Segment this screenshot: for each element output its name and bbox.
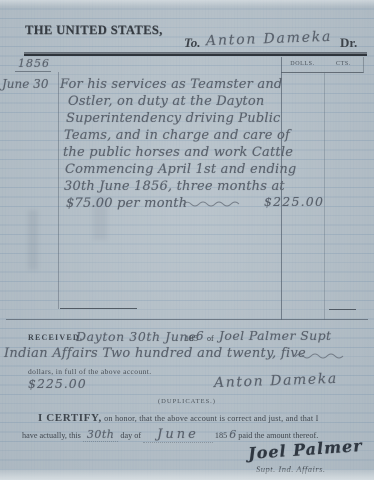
united-states-title: THE UNITED STATES, [25, 23, 163, 38]
ink-squiggle [182, 199, 244, 209]
ink-smudge [93, 196, 107, 240]
document-scan: THE UNITED STATES, To. Anton Dameka Dr. … [0, 0, 374, 480]
received-place-date-handwritten: Dayton 30th June [76, 329, 196, 344]
dr-label: Dr. [340, 35, 357, 51]
certify-month-handwritten: June [143, 427, 213, 443]
received-payer-handwritten: Joel Palmer Supt [219, 328, 331, 343]
certify-day-handwritten: 30th [83, 428, 119, 442]
of-label: of [207, 334, 214, 343]
entry-line: For his services as Teamster and [60, 77, 282, 92]
entry-line: $75.00 per month [66, 196, 187, 211]
duplicates-label: (DUPLICATES.) [0, 398, 374, 405]
amount-column-header: DOLLS. CTS. [281, 57, 364, 73]
received-amount-words-handwritten: Indian Affairs Two hundred and twenty, f… [4, 346, 306, 361]
ink-squiggle [294, 351, 350, 361]
dollars-column-header: DOLLS. [281, 61, 324, 67]
cents-column-rule [324, 72, 325, 320]
certify-line2-part2: day of [120, 431, 141, 440]
certify-lead: I CERTIFY, [38, 412, 102, 424]
header-rule [24, 52, 367, 56]
certify-year-printed: 185 [215, 431, 227, 440]
paper-edge-top [0, 0, 374, 7]
entry-line: Teams, and in charge and care of [64, 128, 290, 143]
certify-line2-part1: have actually, this [22, 431, 81, 440]
payee-signature-handwritten: Anton Dameka [214, 371, 338, 391]
entry-line: the public horses and work Cattle [63, 145, 293, 160]
ink-smudge [28, 210, 38, 270]
date-column-rule [58, 72, 59, 309]
entry-date-handwritten: June 30 [2, 77, 48, 91]
year-handwritten: 1856 [18, 57, 50, 70]
table-bottom-rule [6, 319, 368, 320]
totals-rule-left [60, 308, 137, 309]
entry-line: Commencing April 1st and ending [65, 162, 296, 177]
entry-line: Superintendency driving Public [66, 111, 281, 126]
certify-line-1: I CERTIFY, on honor, that the above acco… [38, 412, 364, 424]
received-label: RECEIVED, [28, 333, 83, 342]
entry-line: 30th June 1856, three months at [64, 179, 285, 194]
received-amount-handwritten: $225.00 [28, 376, 87, 391]
entry-amount-handwritten: $225.00 [264, 194, 324, 209]
year-underline-rule [15, 71, 51, 72]
entry-line: Ostler, on duty at the Dayton [68, 94, 264, 109]
dollars-clause: dollars, in full of the above account. [28, 367, 152, 376]
certify-line2-part3: paid the amount thereof. [238, 431, 318, 440]
totals-rule-right [329, 309, 356, 310]
cents-column-header: CTS. [324, 61, 363, 67]
to-label: To. [184, 35, 201, 51]
payee-name-handwritten: Anton Dameka [206, 29, 333, 49]
certify-year-handwritten: 6 [229, 428, 236, 441]
received-year-handwritten: 6 [196, 329, 204, 343]
paper-edge-bottom [0, 469, 374, 480]
certify-line1-text: on honor, that the above account is corr… [102, 414, 319, 423]
